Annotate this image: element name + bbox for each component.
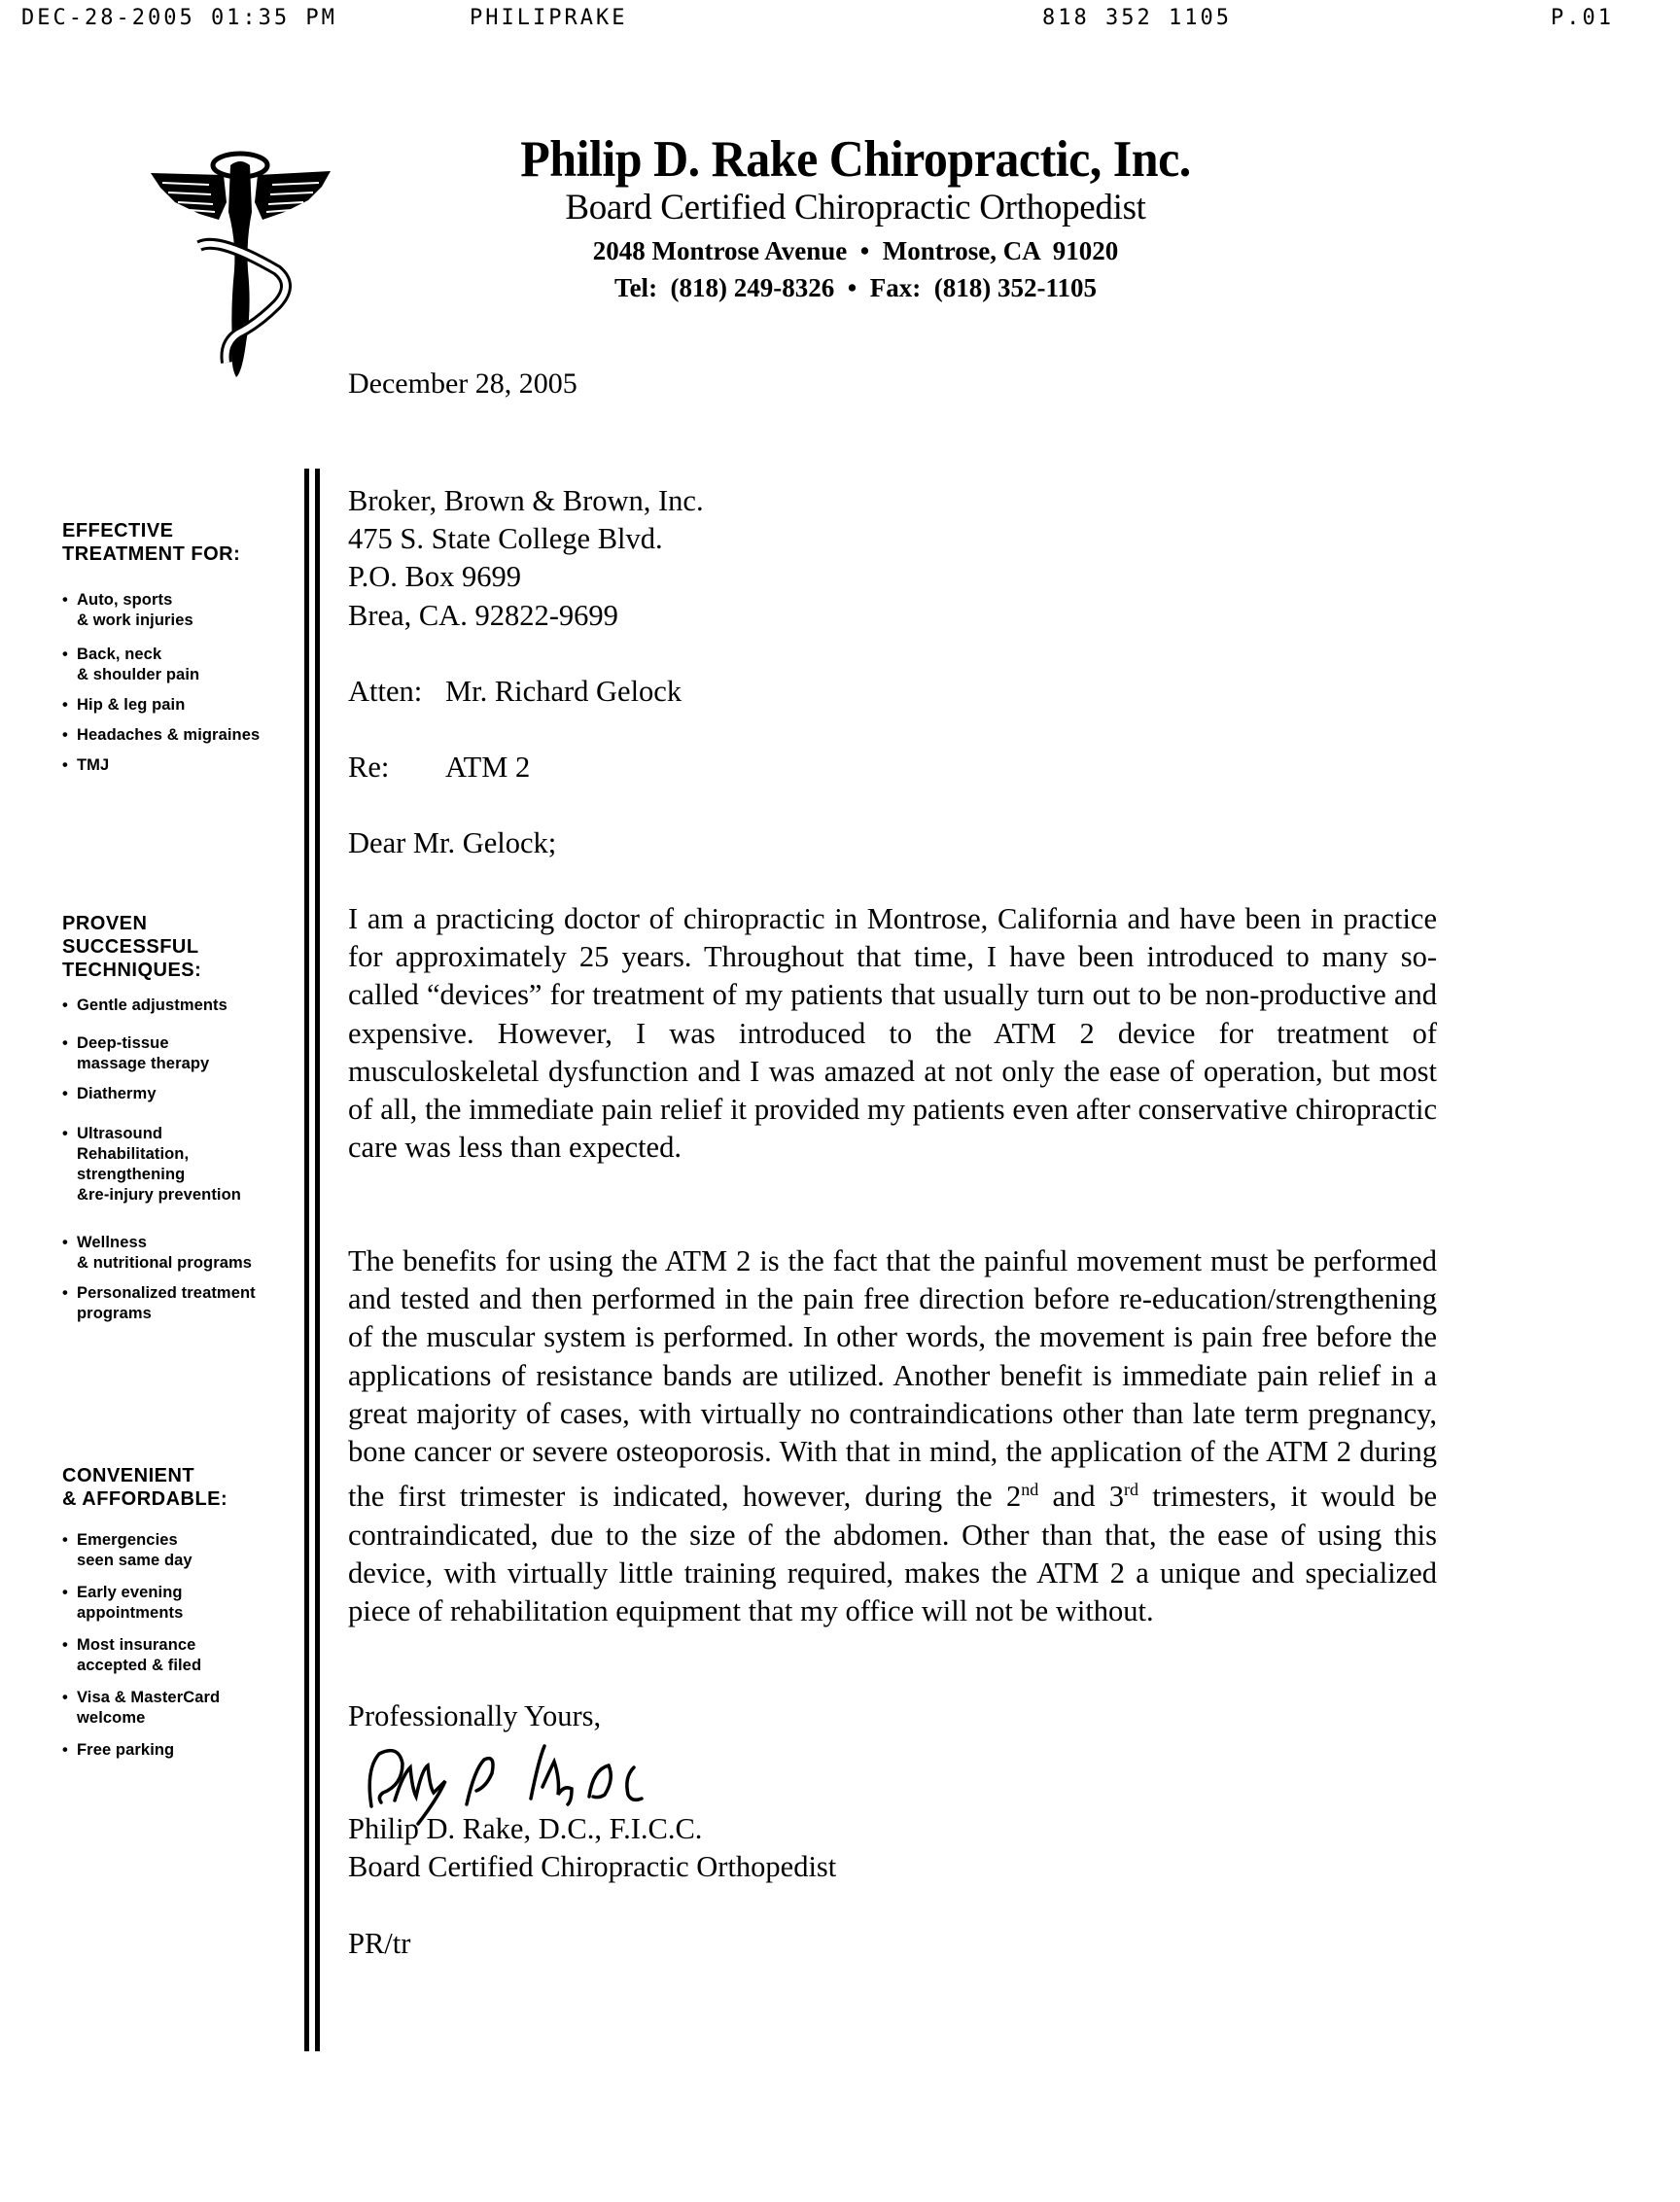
sidebar-section-treatment: EFFECTIVE TREATMENT FOR: •Auto, sports &… xyxy=(62,519,305,776)
sidebar-item-text: Visa & MasterCard welcome xyxy=(77,1689,220,1727)
sidebar-list-item: •Auto, sports & work injuries xyxy=(62,590,305,631)
sidebar-list-item: •Emergencies seen same day xyxy=(62,1530,305,1571)
bullet-icon: • xyxy=(62,1283,68,1304)
fax-number: 818 352 1105 xyxy=(1042,6,1232,30)
bullet-icon: • xyxy=(62,996,68,1016)
sidebar-item-text: Auto, sports & work injuries xyxy=(77,591,193,629)
sidebar-list-item: •Gentle adjustments xyxy=(62,996,305,1016)
sidebar-list: •Emergencies seen same day•Early evening… xyxy=(62,1530,305,1761)
sidebar-list-item: •Back, neck & shoulder pain xyxy=(62,645,305,685)
atten-name: Mr. Richard Gelock xyxy=(445,675,682,708)
sidebar-list-item: •Hip & leg pain xyxy=(62,695,305,716)
address-line: 475 S. State College Blvd. xyxy=(348,520,1437,558)
bullet-icon: • xyxy=(62,695,68,716)
bullet-icon: • xyxy=(62,590,68,611)
bullet-icon: • xyxy=(62,1583,68,1603)
sidebar-list-item: •TMJ xyxy=(62,755,305,776)
address-line: Broker, Brown & Brown, Inc. xyxy=(348,482,1437,520)
company-contact: Tel: (818) 249-8326 • Fax: (818) 352-110… xyxy=(467,269,1244,306)
sidebar-item-text: Deep-tissue massage therapy xyxy=(77,1034,209,1072)
bullet-icon: • xyxy=(62,1740,68,1761)
sidebar-list-item: •Early evening appointments xyxy=(62,1583,305,1624)
sidebar-item-text: Emergencies seen same day xyxy=(77,1531,192,1569)
bullet-icon: • xyxy=(62,755,68,776)
sidebar-list-item: •Ultrasound Rehabilitation, strengthenin… xyxy=(62,1124,305,1206)
company-subtitle: Board Certified Chiropractic Orthopedist xyxy=(467,186,1244,230)
sidebar-list-item: •Headaches & migraines xyxy=(62,725,305,746)
sidebar-item-text: Diathermy xyxy=(77,1085,157,1102)
atten-label: Atten: xyxy=(348,673,445,711)
recipient-address: Broker, Brown & Brown, Inc. 475 S. State… xyxy=(348,482,1437,635)
typist-initials: PR/tr xyxy=(348,1925,1437,1963)
company-name: Philip D. Rake Chiropractic, Inc. xyxy=(467,130,1244,188)
bullet-icon: • xyxy=(62,1124,68,1144)
sidebar-list-item: •Deep-tissue massage therapy xyxy=(62,1033,305,1074)
sidebar-item-text: Wellness & nutritional programs xyxy=(77,1234,252,1272)
sidebar-section-techniques: PROVEN SUCCESSFUL TECHNIQUES: •Gentle ad… xyxy=(62,912,305,1324)
ordinal-suffix: rd xyxy=(1124,1480,1138,1499)
sidebar-heading: PROVEN SUCCESSFUL TECHNIQUES: xyxy=(62,912,305,982)
bullet-icon: • xyxy=(62,1688,68,1708)
bullet-icon: • xyxy=(62,1635,68,1656)
salutation: Dear Mr. Gelock; xyxy=(348,824,1437,862)
valediction: Professionally Yours, xyxy=(348,1697,1437,1735)
sidebar-item-text: Free parking xyxy=(77,1741,174,1759)
bullet-icon: • xyxy=(62,1033,68,1054)
company-address: 2048 Montrose Avenue • Montrose, CA 9102… xyxy=(467,232,1244,269)
divider-rule xyxy=(315,469,320,2051)
sidebar-item-text: Headaches & migraines xyxy=(77,726,260,744)
fax-page: P.01 xyxy=(1551,6,1614,30)
bullet-icon: • xyxy=(62,645,68,665)
fax-sender: PHILIPRAKE xyxy=(470,6,627,30)
ordinal-suffix: nd xyxy=(1021,1480,1038,1499)
sidebar-heading: EFFECTIVE TREATMENT FOR: xyxy=(62,519,305,566)
bullet-icon: • xyxy=(62,1530,68,1551)
caduceus-logo-icon xyxy=(141,144,340,382)
sidebar-list-item: •Most insurance accepted & filed xyxy=(62,1635,305,1676)
sidebar-item-text: Early evening appointments xyxy=(77,1584,183,1622)
sidebar-list-item: •Wellness & nutritional programs xyxy=(62,1233,305,1274)
handwritten-signature-icon xyxy=(360,1740,749,1828)
sidebar-list: •Auto, sports & work injuries•Back, neck… xyxy=(62,590,305,776)
fax-datetime: DEC-28-2005 01:35 PM xyxy=(21,6,337,30)
re-value: ATM 2 xyxy=(445,751,530,784)
address-line: P.O. Box 9699 xyxy=(348,558,1437,596)
address-line: Brea, CA. 92822-9699 xyxy=(348,597,1437,635)
fax-header: DEC-28-2005 01:35 PM PHILIPRAKE 818 352 … xyxy=(0,6,1680,31)
re-label: Re: xyxy=(348,749,445,786)
bullet-icon: • xyxy=(62,1084,68,1104)
bullet-icon: • xyxy=(62,725,68,746)
paragraph-text: The benefits for using the ATM 2 is the … xyxy=(348,1244,1437,1513)
attention-line: Atten:Mr. Richard Gelock xyxy=(348,673,1437,711)
sidebar-list-item: •Diathermy xyxy=(62,1084,305,1104)
sidebar-item-text: Hip & leg pain xyxy=(77,696,185,714)
paragraph-text: and 3 xyxy=(1038,1480,1124,1513)
subject-line: Re:ATM 2 xyxy=(348,749,1437,786)
sidebar-list-item: •Personalized treatment programs xyxy=(62,1283,305,1324)
sidebar-item-text: Most insurance accepted & filed xyxy=(77,1636,201,1674)
sidebar-heading: CONVENIENT & AFFORDABLE: xyxy=(62,1464,305,1511)
sidebar-item-text: Personalized treatment programs xyxy=(77,1284,256,1322)
bullet-icon: • xyxy=(62,1233,68,1253)
sidebar-list-item: •Visa & MasterCard welcome xyxy=(62,1688,305,1729)
sidebar-item-text: Back, neck & shoulder pain xyxy=(77,646,199,683)
signer-title: Board Certified Chiropractic Orthopedist xyxy=(348,1848,1437,1886)
body-paragraph-1: I am a practicing doctor of chiropractic… xyxy=(348,900,1437,1167)
sidebar-item-text: Gentle adjustments xyxy=(77,996,227,1014)
letterhead: Philip D. Rake Chiropractic, Inc. Board … xyxy=(467,131,1244,306)
sidebar-list-item: •Free parking xyxy=(62,1740,305,1761)
body-paragraph-2: The benefits for using the ATM 2 is the … xyxy=(348,1242,1437,1630)
sidebar-item-text: TMJ xyxy=(77,756,109,774)
sidebar-item-text: Ultrasound Rehabilitation, strengthening… xyxy=(77,1125,241,1204)
sidebar-section-convenient: CONVENIENT & AFFORDABLE: •Emergencies se… xyxy=(62,1464,305,1761)
sidebar-list: •Gentle adjustments•Deep-tissue massage … xyxy=(62,996,305,1324)
letter-date: December 28, 2005 xyxy=(348,367,577,401)
